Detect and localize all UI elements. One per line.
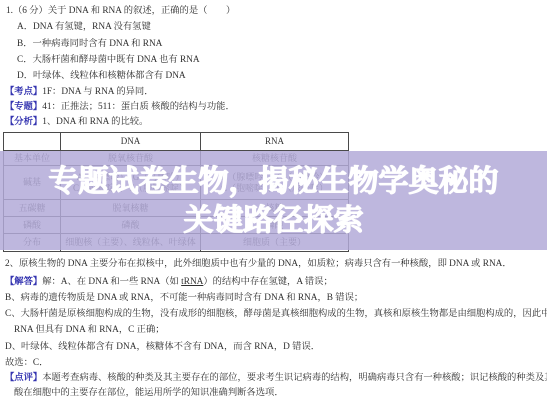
option-a: A．DNA 有氢键，RNA 没有氢键 xyxy=(17,21,151,33)
answer-conclusion: 故选：C． xyxy=(5,357,48,369)
topic-line: 【专题】41：正推法；511：蛋白质 核酸的结构与功能． xyxy=(5,101,235,113)
analysis-tag: 【分析】 xyxy=(5,117,42,127)
analysis-text: 1、DNA 和 RNA 的比较。 xyxy=(42,117,148,127)
comment-line-2: 酸在细胞中的主要存在部位，能运用所学的知识准确判断各选项． xyxy=(14,387,284,399)
watermark-title-line-2: 关键路径探索 xyxy=(184,201,364,240)
answer-a-pre: 解：A、在 DNA 和一些 RNA（如 xyxy=(42,277,181,287)
exam-point-tag: 【考点】 xyxy=(5,87,42,97)
answer-line-c2: RNA 但具有 DNA 和 RNA，C 正确； xyxy=(14,324,165,336)
option-b: B．一种病毒同时含有 DNA 和 RNA xyxy=(17,38,162,50)
exam-point-line: 【考点】1F：DNA 与 RNA 的异同． xyxy=(5,86,154,98)
answer-line-b: B、病毒的遗传物质是 DNA 或 RNA，不可能一种病毒同时含有 DNA 和 R… xyxy=(5,292,363,304)
answer-tag: 【解答】 xyxy=(5,277,42,287)
header-dna-cell: DNA xyxy=(61,133,201,151)
answer-line-c1: C、大肠杆菌是原核细胞构成的生物，没有成形的细胞核，酵母菌是真核细胞构成的生物，… xyxy=(5,308,547,320)
answer-a-post: ）的结构中存在氢键，A 错误； xyxy=(203,277,332,287)
header-rna-cell: RNA xyxy=(201,133,349,151)
analysis-line: 【分析】1、DNA 和 RNA 的比较。 xyxy=(5,116,148,128)
option-d: D．叶绿体、线粒体和核糖体都含有 DNA xyxy=(17,70,186,82)
topic-text: 41：正推法；511：蛋白质 核酸的结构与功能． xyxy=(42,102,235,112)
comment-text-1: 本题考查病毒、核酸的种类及其主要存在的部位，要求考生识记病毒的结构，明确病毒只含… xyxy=(42,373,547,383)
comment-line-1: 【点评】本题考查病毒、核酸的种类及其主要存在的部位，要求考生识记病毒的结构，明确… xyxy=(5,372,547,384)
comment-tag: 【点评】 xyxy=(5,373,42,383)
answer-line-d: D、叶绿体、线粒体都含有 DNA，核糖体不含有 DNA，而含 RNA，D 错误． xyxy=(5,341,320,353)
document-page: 1.（6 分）关于 DNA 和 RNA 的叙述，正确的是（ ） A．DNA 有氢… xyxy=(0,0,547,400)
table-header-row: DNA RNA xyxy=(4,133,349,151)
answer-line-a: 【解答】解：A、在 DNA 和一些 RNA（如 tRNA）的结构中存在氢键，A … xyxy=(5,276,333,288)
analysis-point-2: 2、原核生物的 DNA 主要分布在拟核中，此外细胞质中也有少量的 DNA，如质粒… xyxy=(5,258,512,270)
watermark-overlay: 专题试卷生物，揭秘生物学奥秘的 关键路径探索 xyxy=(0,151,547,250)
option-c: C．大肠杆菌和酵母菌中既有 DNA 也有 RNA xyxy=(17,54,200,66)
header-blank-cell xyxy=(4,133,61,151)
watermark-title-line-1: 专题试卷生物，揭秘生物学奥秘的 xyxy=(49,162,499,201)
exam-point-text: 1F：DNA 与 RNA 的异同． xyxy=(42,87,153,97)
question-stem: 1.（6 分）关于 DNA 和 RNA 的叙述，正确的是（ ） xyxy=(6,5,235,17)
topic-tag: 【专题】 xyxy=(5,102,42,112)
answer-a-trna: tRNA xyxy=(181,277,203,287)
